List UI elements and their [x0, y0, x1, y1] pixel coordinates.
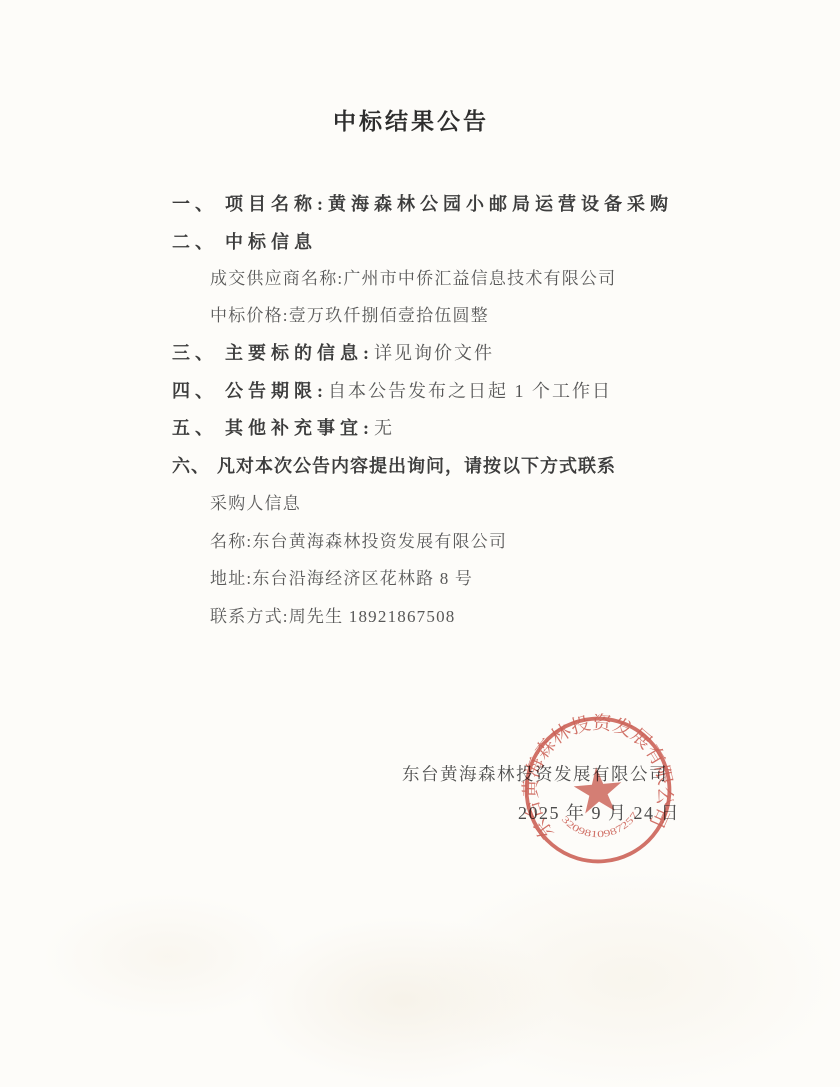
item-number: 五、 — [172, 418, 218, 438]
item-number: 四、 — [172, 381, 218, 401]
document-title: 中标结果公告 — [0, 103, 822, 136]
official-red-seal: 东台黄海森林投资发展有限公司 3209810987257 ★ — [516, 708, 681, 873]
item-number: 六、 — [172, 456, 210, 476]
item-value: 自本公告发布之日起 1 个工作日 — [328, 381, 612, 401]
item-2-bid-info: 二、中标信息 — [172, 230, 317, 254]
sub-bid-price: 中标价格:壹万玖仟捌佰壹拾伍圆整 — [210, 304, 489, 328]
item-heading: 凡对本次公告内容提出询问，请按以下方式联系 — [217, 456, 616, 476]
item-value: 详见询价文件 — [374, 343, 494, 363]
item-value: 无 — [374, 418, 394, 438]
item-1-project-name: 一、项目名称:黄海森林公园小邮局运营设备采购 — [172, 192, 673, 216]
item-5-other-matters: 五、其他补充事宜:无 — [172, 416, 394, 440]
item-6-inquiry-contact: 六、凡对本次公告内容提出询问，请按以下方式联系 — [172, 454, 616, 478]
sub-purchaser-contact: 联系方式:周先生 18921867508 — [210, 605, 455, 629]
item-heading: 主要标的信息: — [225, 343, 374, 363]
sub-purchaser-info-heading: 采购人信息 — [210, 492, 301, 516]
item-4-notice-period: 四、公告期限:自本公告发布之日起 1 个工作日 — [172, 379, 612, 403]
sub-supplier-name: 成交供应商名称:广州市中侨汇益信息技术有限公司 — [210, 267, 616, 291]
item-heading: 公告期限: — [225, 381, 328, 401]
sub-purchaser-address: 地址:东台沿海经济区花林路 8 号 — [210, 567, 473, 591]
document-page: 中标结果公告 一、项目名称:黄海森林公园小邮局运营设备采购 二、中标信息 成交供… — [0, 0, 840, 1087]
item-number: 三、 — [172, 343, 218, 363]
item-number: 一、 — [172, 194, 218, 214]
seal-star-icon: ★ — [567, 755, 629, 829]
item-heading: 项目名称:黄海森林公园小邮局运营设备采购 — [225, 194, 673, 214]
item-heading: 中标信息 — [225, 232, 317, 252]
sub-purchaser-name: 名称:东台黄海森林投资发展有限公司 — [210, 530, 507, 554]
item-number: 二、 — [172, 232, 218, 252]
item-heading: 其他补充事宜: — [225, 418, 374, 438]
seal-graphic: 东台黄海森林投资发展有限公司 3209810987257 ★ — [516, 708, 681, 873]
item-3-subject-info: 三、主要标的信息:详见询价文件 — [172, 341, 494, 365]
